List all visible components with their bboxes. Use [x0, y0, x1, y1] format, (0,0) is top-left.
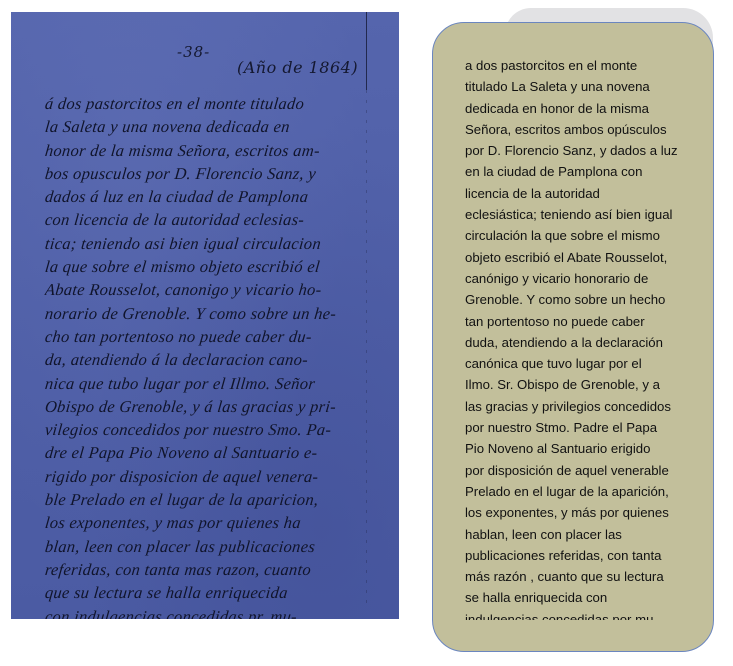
manuscript-line: Obispo de Grenoble, y á las gracias y pr… [44, 395, 392, 418]
transcription-line: objeto escribió el Abate Rousselot, [465, 247, 705, 268]
margin-rule-line [366, 12, 367, 90]
manuscript-handwritten-text: á dos pastorcitos en el monte tituladola… [45, 92, 391, 619]
manuscript-line: vilegios concedidos por nuestro Smo. Pa- [44, 418, 392, 441]
transcription-line: tan portentoso no puede caber [465, 311, 705, 332]
transcription-line: titulado La Saleta y una novena [465, 76, 705, 97]
transcription-line: más razón , cuanto que su lectura [465, 566, 705, 587]
transcription-line: a dos pastorcitos en el monte [465, 55, 705, 76]
transcription-line: Ilmo. Sr. Obispo de Grenoble, y a [465, 374, 705, 395]
transcription-line: por D. Florencio Sanz, y dados a luz [465, 140, 705, 161]
manuscript-line: la que sobre el mismo objeto escribió el [44, 255, 392, 278]
transcription-line: circulación la que sobre el mismo [465, 225, 705, 246]
transcription-line: publicaciones referidas, con tanta [465, 545, 705, 566]
transcription-line: las gracias y privilegios concedidos [465, 396, 705, 417]
manuscript-line: la Saleta y una novena dedicada en [44, 115, 392, 138]
manuscript-line: ble Prelado en el lugar de la aparicion, [44, 488, 392, 511]
transcription-line: Grenoble. Y como sobre un hecho [465, 289, 705, 310]
manuscript-line: á dos pastorcitos en el monte titulado [44, 92, 392, 115]
manuscript-scan-image: -38- (Año de 1864) á dos pastorcitos en … [11, 12, 399, 619]
manuscript-line: Abate Rousselot, canonigo y vicario ho- [44, 278, 392, 301]
transcription-line: canónica que tuvo lugar por el [465, 353, 705, 374]
manuscript-line: da, atendiendo á la declaracion cano- [44, 348, 392, 371]
manuscript-line: con licencia de la autoridad eclesias- [44, 208, 392, 231]
manuscript-year-note: (Año de 1864) [237, 58, 358, 77]
transcription-line: Señora, escritos ambos opúsculos [465, 119, 705, 140]
transcription-text: a dos pastorcitos en el montetitulado La… [465, 55, 705, 620]
manuscript-line: con indulgencias concedidas pr. mu- [44, 605, 392, 619]
manuscript-page-number: -38- [177, 43, 210, 61]
manuscript-line: dados á luz en la ciudad de Pamplona [44, 185, 392, 208]
transcription-card: a dos pastorcitos en el montetitulado La… [432, 22, 714, 652]
manuscript-line: cho tan portentoso no puede caber du- [44, 325, 392, 348]
manuscript-line: los exponentes, y mas por quienes ha [44, 511, 392, 534]
transcription-line: Prelado en el lugar de la aparición, [465, 481, 705, 502]
transcription-line: en la ciudad de Pamplona con [465, 161, 705, 182]
manuscript-line: blan, leen con placer las publicaciones [44, 535, 392, 558]
transcription-line: por nuestro Stmo. Padre el Papa [465, 417, 705, 438]
manuscript-line: nica que tubo lugar por el Illmo. Señor [44, 372, 392, 395]
manuscript-line: dre el Papa Pio Noveno al Santuario e- [44, 441, 392, 464]
manuscript-line: rigido por disposicion de aquel venera- [44, 465, 392, 488]
manuscript-line: tica; teniendo asi bien igual circulacio… [44, 232, 392, 255]
manuscript-line: referidas, con tanta mas razon, cuanto [44, 558, 392, 581]
manuscript-line: honor de la misma Señora, escritos am- [44, 139, 392, 162]
transcription-line: duda, atendiendo a la declaración [465, 332, 705, 353]
transcription-line: hablan, leen con placer las [465, 524, 705, 545]
transcription-line: eclesiástica; teniendo así bien igual [465, 204, 705, 225]
transcription-line: canónigo y vicario honorario de [465, 268, 705, 289]
transcription-line: los exponentes, y más por quienes [465, 502, 705, 523]
transcription-line: Pio Noveno al Santuario erigido [465, 438, 705, 459]
transcription-line: dedicada en honor de la misma [465, 98, 705, 119]
transcription-line: indulgencias concedidas por mu- [465, 609, 705, 620]
manuscript-line: que su lectura se halla enriquecida [44, 581, 392, 604]
transcription-line: por disposición de aquel venerable [465, 460, 705, 481]
transcription-line: licencia de la autoridad [465, 183, 705, 204]
manuscript-line: bos opusculos por D. Florencio Sanz, y [44, 162, 392, 185]
transcription-line: se halla enriquecida con [465, 587, 705, 608]
manuscript-line: norario de Grenoble. Y como sobre un he- [44, 302, 392, 325]
